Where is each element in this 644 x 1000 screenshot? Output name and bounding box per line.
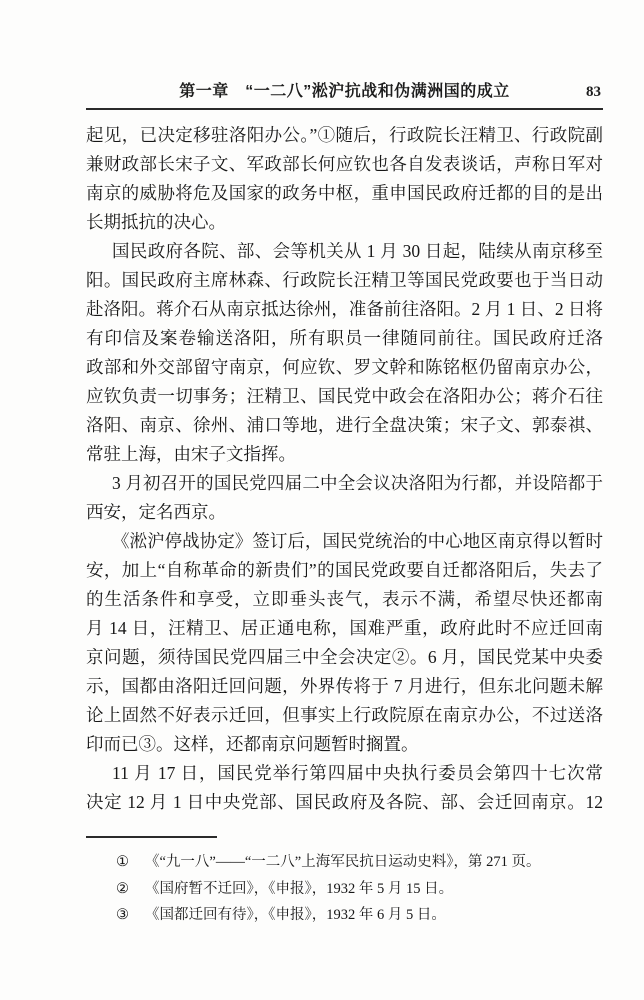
chapter-title: 第一章 “一二八”淞沪抗战和伪满洲国的成立 [86, 82, 603, 102]
text-line: 11 月 17 日，国民党举行第四届中央执行委员会第四十七次常会， [86, 759, 603, 788]
text-line: 起见，已决定移驻洛阳办公。”①随后，行政院长汪精卫、行政院副院长 [86, 121, 603, 150]
paragraph: 3 月初召开的国民党四届二中全会议决洛阳为行都，并设陪都于西安，定名西京。 [86, 469, 603, 527]
text-line: 国民政府各院、部、会等机关从 1 月 30 日起，陆续从南京移至洛 [86, 237, 603, 266]
body-text: 起见，已决定移驻洛阳办公。”①随后，行政院长汪精卫、行政院副院长兼财政部长宋子文… [86, 121, 603, 817]
footnote-marker: ② [116, 876, 145, 903]
text-line: 赴洛阳。蒋介石从南京抵达徐州，准备前往洛阳。2 月 1 日、2 日将所 [86, 295, 603, 324]
text-line: 洛阳、南京、徐州、浦口等地，进行全盘决策；宋子文、郭泰祺、孔祥熙等 [86, 411, 603, 440]
footnotes: ①《“九一八”——“一二八”上海军民抗日运动史料》，第 271 页。②《国府暂不… [86, 849, 603, 929]
text-line: 印而已③。这样，还都南京问题暂时搁置。 [86, 730, 603, 759]
text-line: 南京的威胁将危及国家的政务中枢，重申国民政府迁都的目的是出于 [86, 179, 603, 208]
text-line: 长期抵抗的决心。 [86, 208, 603, 237]
book-page: 第一章 “一二八”淞沪抗战和伪满洲国的成立 83 起见，已决定移驻洛阳办公。”①… [0, 0, 644, 1000]
footnote-text: 《国都迁回有待》，《申报》，1932 年 6 月 5 日。 [145, 907, 446, 923]
paragraph: 《淞沪停战协定》签订后，国民党统治的中心地区南京得以暂时苟安，加上“自称革命的新… [86, 527, 603, 759]
text-line: 政部和外交部留守南京，何应钦、罗文幹和陈铭枢仍留南京办公，由何 [86, 353, 603, 382]
footnote-text: 《“九一八”——“一二八”上海军民抗日运动史料》，第 271 页。 [145, 854, 541, 870]
paragraph: 起见，已决定移驻洛阳办公。”①随后，行政院长汪精卫、行政院副院长兼财政部长宋子文… [86, 121, 603, 237]
text-line: 示，国都由洛阳迁回问题，外界传将于 7 月进行，但东北问题未解决，理 [86, 672, 603, 701]
text-line: 论上固然不好表示迁回，但事实上行政院原在南京办公，不过送洛阳用 [86, 701, 603, 730]
text-line: 3 月初召开的国民党四届二中全会议决洛阳为行都，并设陪都于 [86, 469, 603, 498]
page-header: 第一章 “一二八”淞沪抗战和伪满洲国的成立 83 [86, 82, 603, 110]
footnote-separator [86, 836, 217, 838]
text-line: 兼财政部长宋子文、军政部长何应钦也各自发表谈话，声称日军对首都 [86, 150, 603, 179]
text-line: 应钦负责一切事务；汪精卫、国民党中政会在洛阳办公；蒋介石往来于 [86, 382, 603, 411]
page-number: 83 [586, 82, 601, 102]
footnote-marker: ① [116, 849, 145, 876]
footnote-item: ③《国都迁回有待》，《申报》，1932 年 6 月 5 日。 [86, 902, 603, 929]
text-line: 京问题，须待国民党四届三中全会决定②。6 月，国民党某中央委员表 [86, 643, 603, 672]
text-line: 月 14 日，汪精卫、居正通电称，国难严重，政府此时不应迁回南京。回 [86, 614, 603, 643]
text-line: 决定 12 月 1 日中央党部、国民政府及各院、部、会迁回南京。12 月 1 [86, 788, 603, 817]
paragraph: 11 月 17 日，国民党举行第四届中央执行委员会第四十七次常会，决定 12 月… [86, 759, 603, 817]
paragraph: 国民政府各院、部、会等机关从 1 月 30 日起，陆续从南京移至洛阳。国民政府主… [86, 237, 603, 469]
text-line: 阳。国民政府主席林森、行政院长汪精卫等国民党政要也于当日动身 [86, 266, 603, 295]
text-line: 常驻上海，由宋子文指挥。 [86, 440, 603, 469]
footnote-item: ①《“九一八”——“一二八”上海军民抗日运动史料》，第 271 页。 [86, 849, 603, 876]
footnote-marker: ③ [116, 902, 145, 929]
text-line: 的生活条件和享受，立即垂头丧气，表示不满，希望尽快还都南京。5 [86, 585, 603, 614]
text-line: 有印信及案卷输送洛阳，所有职员一律随同前往。国民政府迁洛后，军 [86, 324, 603, 353]
footnote-text: 《国府暂不迁回》，《申报》，1932 年 5 月 15 日。 [145, 881, 453, 897]
text-line: 《淞沪停战协定》签订后，国民党统治的中心地区南京得以暂时苟 [86, 527, 603, 556]
footnote-item: ②《国府暂不迁回》，《申报》，1932 年 5 月 15 日。 [86, 876, 603, 903]
text-line: 西安，定名西京。 [86, 498, 603, 527]
text-line: 安，加上“自称革命的新贵们”的国民党政要自迁都洛阳后，失去了奢侈 [86, 556, 603, 585]
